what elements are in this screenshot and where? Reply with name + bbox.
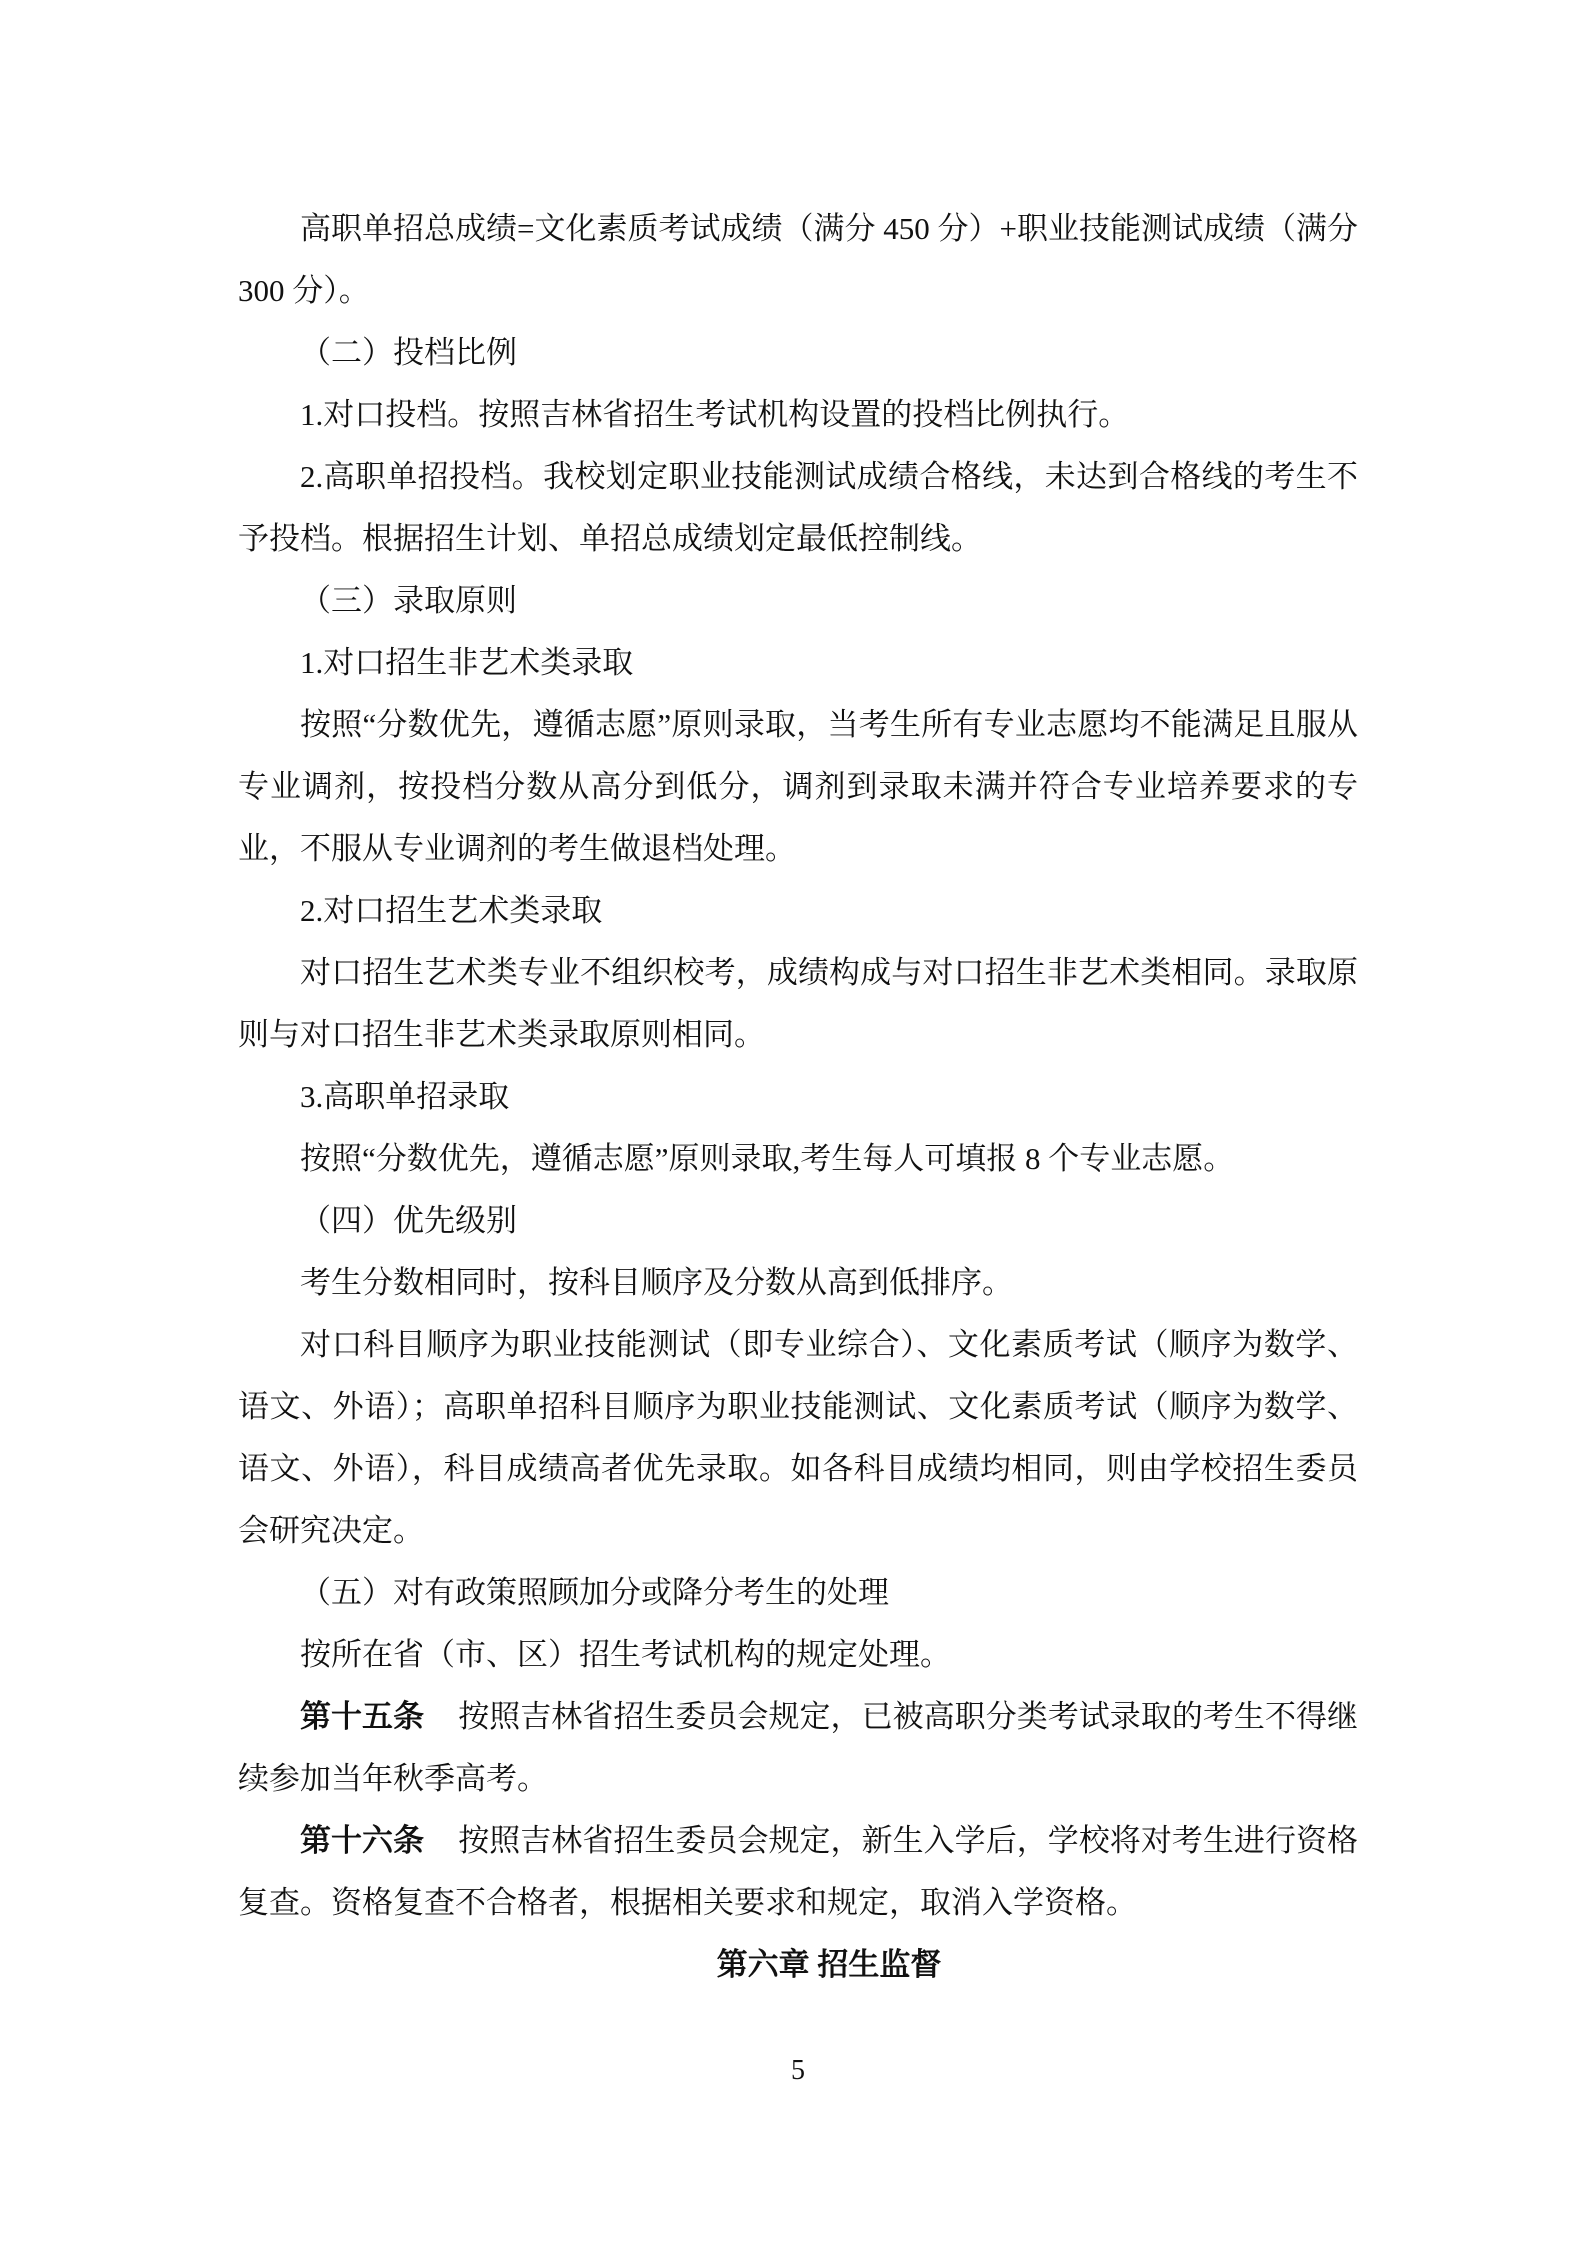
page-body-text: 高职单招总成绩=文化素质考试成绩（满分 450 分）+职业技能测试成绩（满分 3… xyxy=(238,198,1358,1996)
paragraph-duikou-non-art-rule: 按照“分数优先，遵循志愿”原则录取，当考生所有专业志愿均不能满足且服从专业调剂，… xyxy=(238,694,1358,880)
heading-item-3-admission-principles: （三）录取原则 xyxy=(238,570,1358,632)
document-page: 高职单招总成绩=文化素质考试成绩（满分 450 分）+职业技能测试成绩（满分 3… xyxy=(0,0,1587,2245)
subheading-gaozhi-admission: 3.高职单招录取 xyxy=(238,1066,1358,1128)
article-16-term: 第十六条 xyxy=(300,1823,424,1858)
heading-item-4-priority-level: （四）优先级别 xyxy=(238,1190,1358,1252)
paragraph-duikou-filing: 1.对口投档。按照吉林省招生考试机构设置的投档比例执行。 xyxy=(238,384,1358,446)
paragraph-policy-bonus-rule: 按所在省（市、区）招生考试机构的规定处理。 xyxy=(238,1624,1358,1686)
chapter-6-heading: 第六章 招生监督 xyxy=(238,1934,1358,1996)
paragraph-subject-order-rule: 对口科目顺序为职业技能测试（即专业综合）、文化素质考试（顺序为数学、语文、外语）… xyxy=(238,1314,1358,1562)
page-number: 5 xyxy=(791,2055,805,2086)
paragraph-duikou-art-rule: 对口招生艺术类专业不组织校考，成绩构成与对口招生非艺术类相同。录取原则与对口招生… xyxy=(238,942,1358,1066)
page-footer: 5 xyxy=(238,2040,1358,2102)
article-15-term: 第十五条 xyxy=(300,1699,424,1734)
subheading-duikou-art-admission: 2.对口招生艺术类录取 xyxy=(238,880,1358,942)
heading-item-5-policy-bonus: （五）对有政策照顾加分或降分考生的处理 xyxy=(238,1562,1358,1624)
paragraph-gaozhi-filing: 2.高职单招投档。我校划定职业技能测试成绩合格线，未达到合格线的考生不予投档。根… xyxy=(238,446,1358,570)
heading-item-2-filing-ratio: （二）投档比例 xyxy=(238,322,1358,384)
paragraph-gaozhi-admission-rule: 按照“分数优先，遵循志愿”原则录取,考生每人可填报 8 个专业志愿。 xyxy=(238,1128,1358,1190)
paragraph-tie-break-rule: 考生分数相同时，按科目顺序及分数从高到低排序。 xyxy=(238,1252,1358,1314)
subheading-duikou-non-art-admission: 1.对口招生非艺术类录取 xyxy=(238,632,1358,694)
paragraph-score-formula: 高职单招总成绩=文化素质考试成绩（满分 450 分）+职业技能测试成绩（满分 3… xyxy=(238,198,1358,322)
paragraph-article-16: 第十六条按照吉林省招生委员会规定，新生入学后，学校将对考生进行资格复查。资格复查… xyxy=(238,1810,1358,1934)
paragraph-article-15: 第十五条按照吉林省招生委员会规定，已被高职分类考试录取的考生不得继续参加当年秋季… xyxy=(238,1686,1358,1810)
